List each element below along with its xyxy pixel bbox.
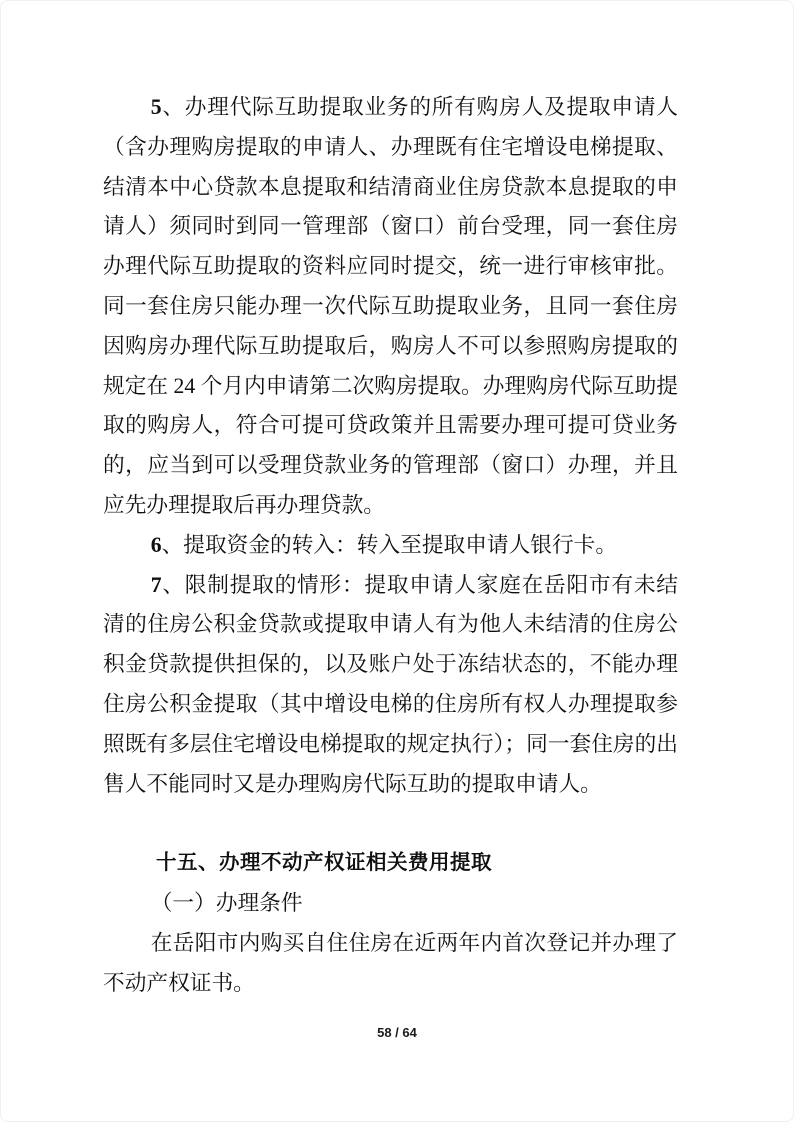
section-heading: 十五、办理不动产权证相关费用提取 — [103, 844, 678, 884]
list-item-5-delimiter: 、 — [162, 95, 185, 119]
document-content: 5、办理代际互助提取业务的所有购房人及提取申请人（含办理购房提取的申请人、办理既… — [103, 88, 678, 1003]
page-number: 58 / 64 — [377, 1025, 417, 1040]
list-item-7-number: 7 — [151, 573, 162, 597]
list-item-7-text: 限制提取的情形：提取申请人家庭在岳阳市有未结清的住房公积金贷款或提取申请人有为他… — [103, 573, 678, 796]
list-item-6-number: 6 — [151, 533, 162, 557]
list-item-7-delimiter: 、 — [162, 573, 185, 597]
list-item-6-text: 提取资金的转入：转入至提取申请人银行卡。 — [183, 533, 617, 557]
subsection-label: （一）办理条件 — [103, 884, 678, 924]
subsection-body: 在岳阳市内购买自住住房在近两年内首次登记并办理了不动产权证书。 — [103, 924, 678, 1004]
page-footer: 58 / 64 — [1, 1025, 793, 1040]
list-item-6-delimiter: 、 — [162, 533, 184, 557]
list-item-5-number: 5 — [151, 95, 162, 119]
list-item-7: 7、限制提取的情形：提取申请人家庭在岳阳市有未结清的住房公积金贷款或提取申请人有… — [103, 566, 678, 805]
document-page: 5、办理代际互助提取业务的所有购房人及提取申请人（含办理购房提取的申请人、办理既… — [0, 0, 794, 1122]
list-item-5-text: 办理代际互助提取业务的所有购房人及提取申请人（含办理购房提取的申请人、办理既有住… — [103, 95, 678, 517]
list-item-5: 5、办理代际互助提取业务的所有购房人及提取申请人（含办理购房提取的申请人、办理既… — [103, 88, 678, 526]
list-item-6: 6、提取资金的转入：转入至提取申请人银行卡。 — [103, 526, 678, 566]
